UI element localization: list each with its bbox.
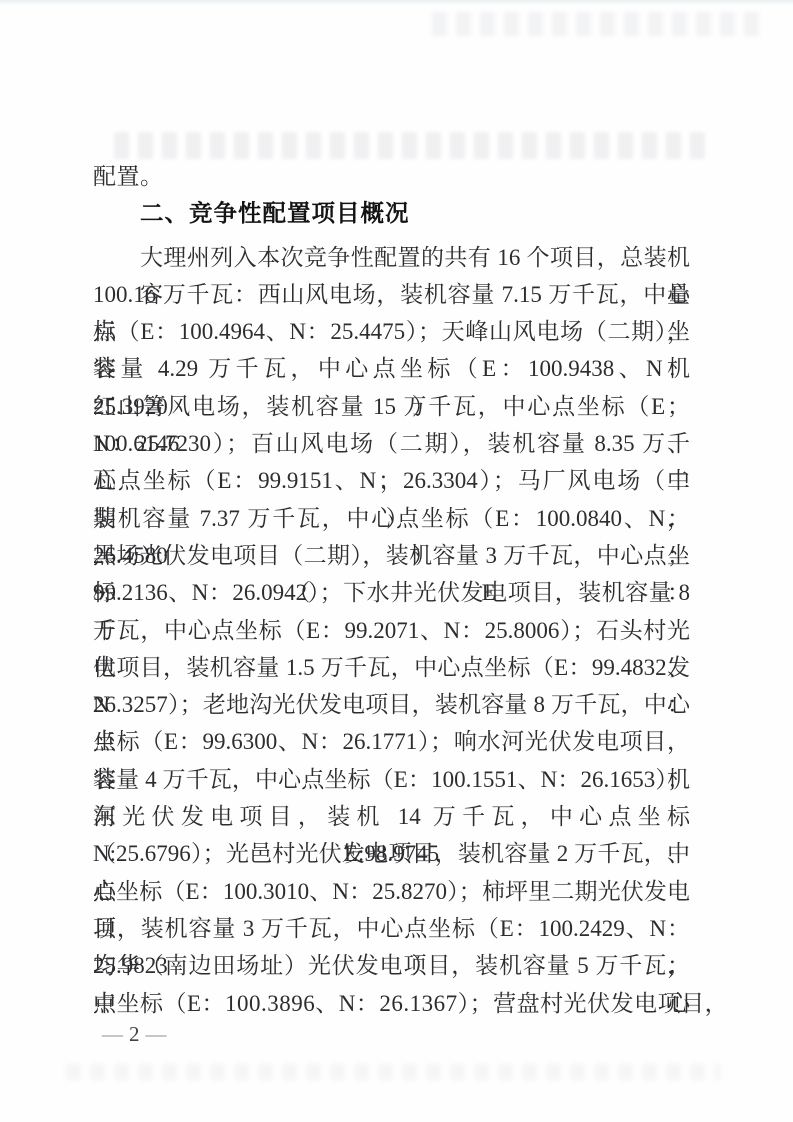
document-line: 标（E：100.4964、N：25.4475）；天峰山风电场（二期），装机 (93, 313, 690, 350)
document-line: 心点坐标（E：99.9151、N：26.3304）；马厂风电场（二期）， (93, 462, 690, 499)
document-line: 点坐标（E：100.3010、N：25.8270）；柿坪里二期光伏发电项 (93, 873, 690, 910)
page-number-dash: — (140, 1022, 173, 1046)
document-line: N:25.6796）；光邑村光伏发电项目，装机容量 2 万千瓦，中心 (93, 835, 690, 872)
document-line: 容量 4.29 万千瓦，中心点坐标（E：100.9438、N：25.3920）； (93, 350, 690, 387)
document-line: 99.2136、N：26.0942）；下水井光伏发电项目，装机容量 8 万 (93, 574, 690, 611)
document-line: 装机容量 7.37 万千瓦，中心点坐标（E：100.0840、N：26.4580… (93, 500, 690, 537)
document-line: 目，装机容量 3 万千瓦，中心点坐标（E：100.2429、N：25.9823）… (93, 910, 690, 947)
document-line: 红山箐风电场，装机容量 15 万千瓦，中心点坐标（E：100.6146、 (93, 388, 690, 425)
document-line: 100.16 万千瓦：西山风电场，装机容量 7.15 万千瓦，中心点坐 (93, 276, 690, 313)
scan-smudge-bottom (66, 1064, 721, 1080)
scan-edge-tint (0, 0, 793, 5)
page-number-dash: — (96, 1022, 129, 1046)
bleed-through-artifact-line (114, 132, 706, 159)
scanned-document-page: 配置。 二、竞争性配置项目概况 大理州列入本次竞争性配置的共有 16 个项目，总… (0, 0, 793, 1122)
section-heading: 二、竞争性配置项目概况 (93, 195, 690, 232)
document-line: 东光伏发电项目，装机 14 万千瓦，中心点坐标（E:98.9745、 (93, 798, 690, 835)
document-line: 26.3257）；老地沟光伏发电项目，装机容量 8 万千瓦，中心点 (93, 686, 690, 723)
bleed-through-artifact-top (432, 12, 762, 36)
document-line: 均华（南边田场址）光伏发电项目，装机容量 5 万千瓦，中心 (93, 947, 690, 984)
page-number-value: 2 (129, 1022, 140, 1046)
document-line: N：25.7230）；百山风电场（二期），装机容量 8.35 万千瓦，中 (93, 425, 690, 462)
document-line: 千瓦，中心点坐标（E：99.2071、N：25.8006）；石头村光伏发 (93, 612, 690, 649)
page-number: —2— (96, 1022, 173, 1046)
document-body: 配置。 二、竞争性配置项目概况 大理州列入本次竞争性配置的共有 16 个项目，总… (93, 158, 690, 1022)
document-line: 坐标（E：99.6300、N：26.1771）；响水河光伏发电项目，装机 (93, 723, 690, 760)
document-line: 点坐标（E：100.3896、N：26.1367）；营盘村光伏发电项目， (93, 985, 690, 1022)
document-line: 大理州列入本次竞争性配置的共有 16 个项目，总装机容量 (93, 239, 690, 276)
document-line: 黑场光伏发电项目（二期），装机容量 3 万千瓦，中心点坐标（E： (93, 537, 690, 574)
document-line: 配置。 (93, 158, 690, 195)
document-line: 容量 4 万千瓦，中心点坐标（E：100.1551、N：26.1653）；河 (93, 761, 690, 798)
document-line: 电项目，装机容量 1.5 万千瓦，中心点坐标（E：99.4832、N： (93, 649, 690, 686)
